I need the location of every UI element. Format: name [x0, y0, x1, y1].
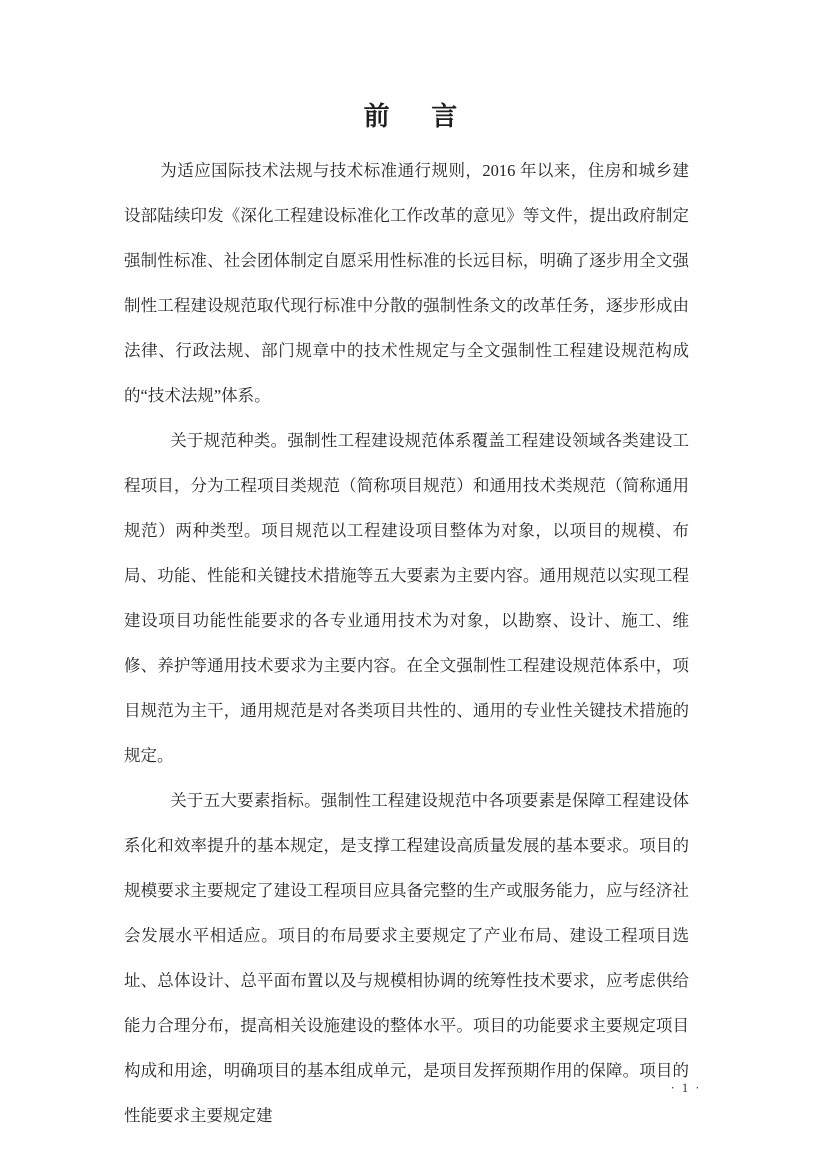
paragraph: 关于五大要素指标。强制性工程建设规范中各项要素是保障工程建设体系化和效率提升的基… [124, 778, 689, 1138]
paragraph: 关于规范种类。强制性工程建设规范体系覆盖工程建设领域各类建设工程项目，分为工程项… [124, 418, 689, 778]
paragraph: 为适应国际技术法规与技术标准通行规则，2016 年以来，住房和城乡建设部陆续印发… [124, 148, 689, 418]
document-page: 前 言 为适应国际技术法规与技术标准通行规则，2016 年以来，住房和城乡建设部… [0, 0, 826, 1169]
page-number: · 1 · [640, 1081, 732, 1096]
page-title: 前 言 [124, 99, 697, 133]
document-body: 为适应国际技术法规与技术标准通行规则，2016 年以来，住房和城乡建设部陆续印发… [124, 148, 689, 1138]
